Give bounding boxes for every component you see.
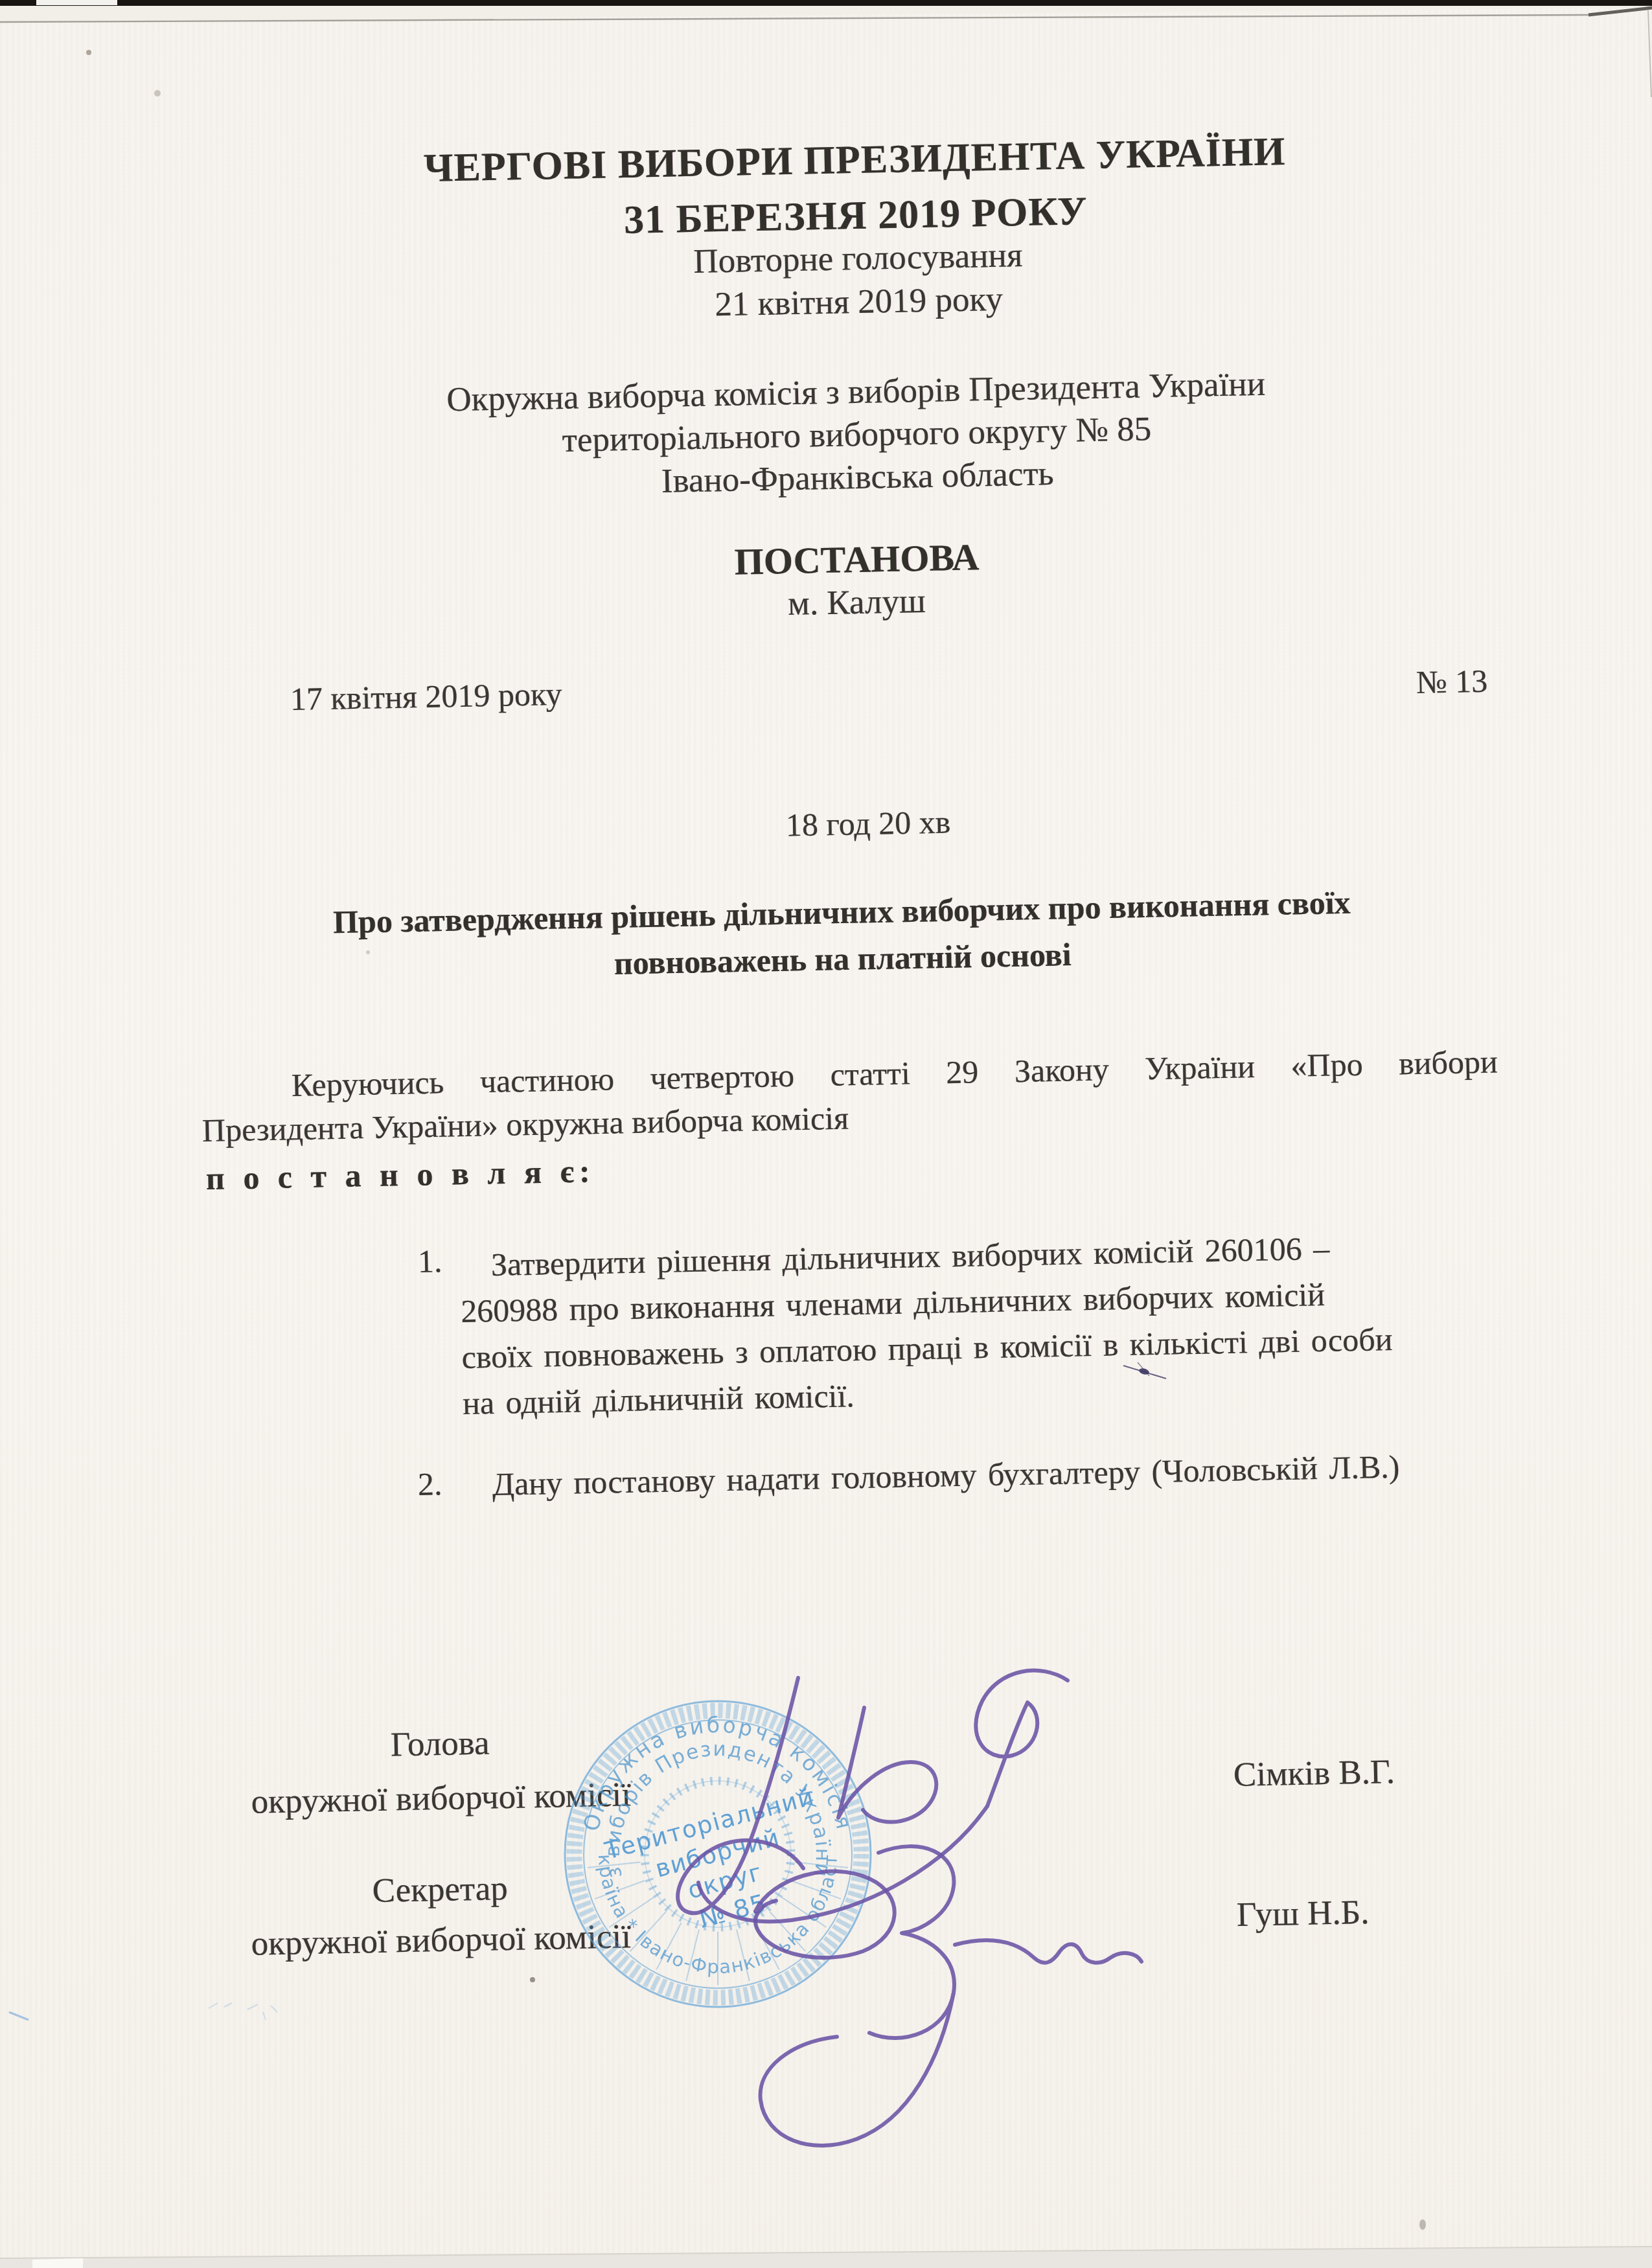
- item1-text-block: Затвердити рішення дільничних виборчих к…: [459, 1222, 1538, 1426]
- item2-marker: 2.: [417, 1465, 442, 1503]
- item2-text: Дану постанову надати головному бухгалте…: [492, 1448, 1400, 1503]
- preamble-line1: Керуючись частиною четвертою статті 29 З…: [291, 1043, 1498, 1104]
- signature-role-chairman: Голова окружної виборчої комісії: [212, 1712, 668, 1830]
- doc-number: № 13: [1416, 662, 1487, 701]
- chairman-role-line1: Голова: [212, 1712, 667, 1776]
- item1-marker: 1.: [417, 1242, 442, 1280]
- preamble-line2: Президента України» окружна виборча комі…: [201, 1099, 849, 1149]
- doc-time: 18 год 20 хв: [0, 788, 1652, 859]
- document-text-layer: ЧЕРГОВІ ВИБОРИ ПРЕЗИДЕНТА УКРАЇНИ 31 БЕР…: [0, 0, 1652, 2268]
- chairman-name: Сімків В.Г.: [1233, 1752, 1395, 1794]
- doc-time-block: 18 год 20 хв: [0, 788, 1652, 859]
- subject-title-block: Про затвердження рішень дільничних вибор…: [0, 873, 1652, 999]
- resolves-label: п о с т а н о в л я є:: [205, 1152, 595, 1197]
- commission-block: Окружна виборча комісія з виборів Презид…: [0, 354, 1652, 516]
- doc-date: 17 квітня 2019 року: [290, 675, 562, 718]
- secretary-role-line1: Секретар: [213, 1860, 667, 1919]
- secretary-role-line2: окружної виборчої комісії: [214, 1910, 668, 1970]
- scanned-document-page: ЧЕРГОВІ ВИБОРИ ПРЕЗИДЕНТА УКРАЇНИ 31 БЕР…: [0, 0, 1652, 2268]
- signature-role-secretary: Секретар окружної виборчої комісії: [213, 1860, 669, 1970]
- chairman-role-line2: окружної виборчої комісії: [214, 1767, 669, 1830]
- secretary-name: Гуш Н.Б.: [1236, 1893, 1370, 1934]
